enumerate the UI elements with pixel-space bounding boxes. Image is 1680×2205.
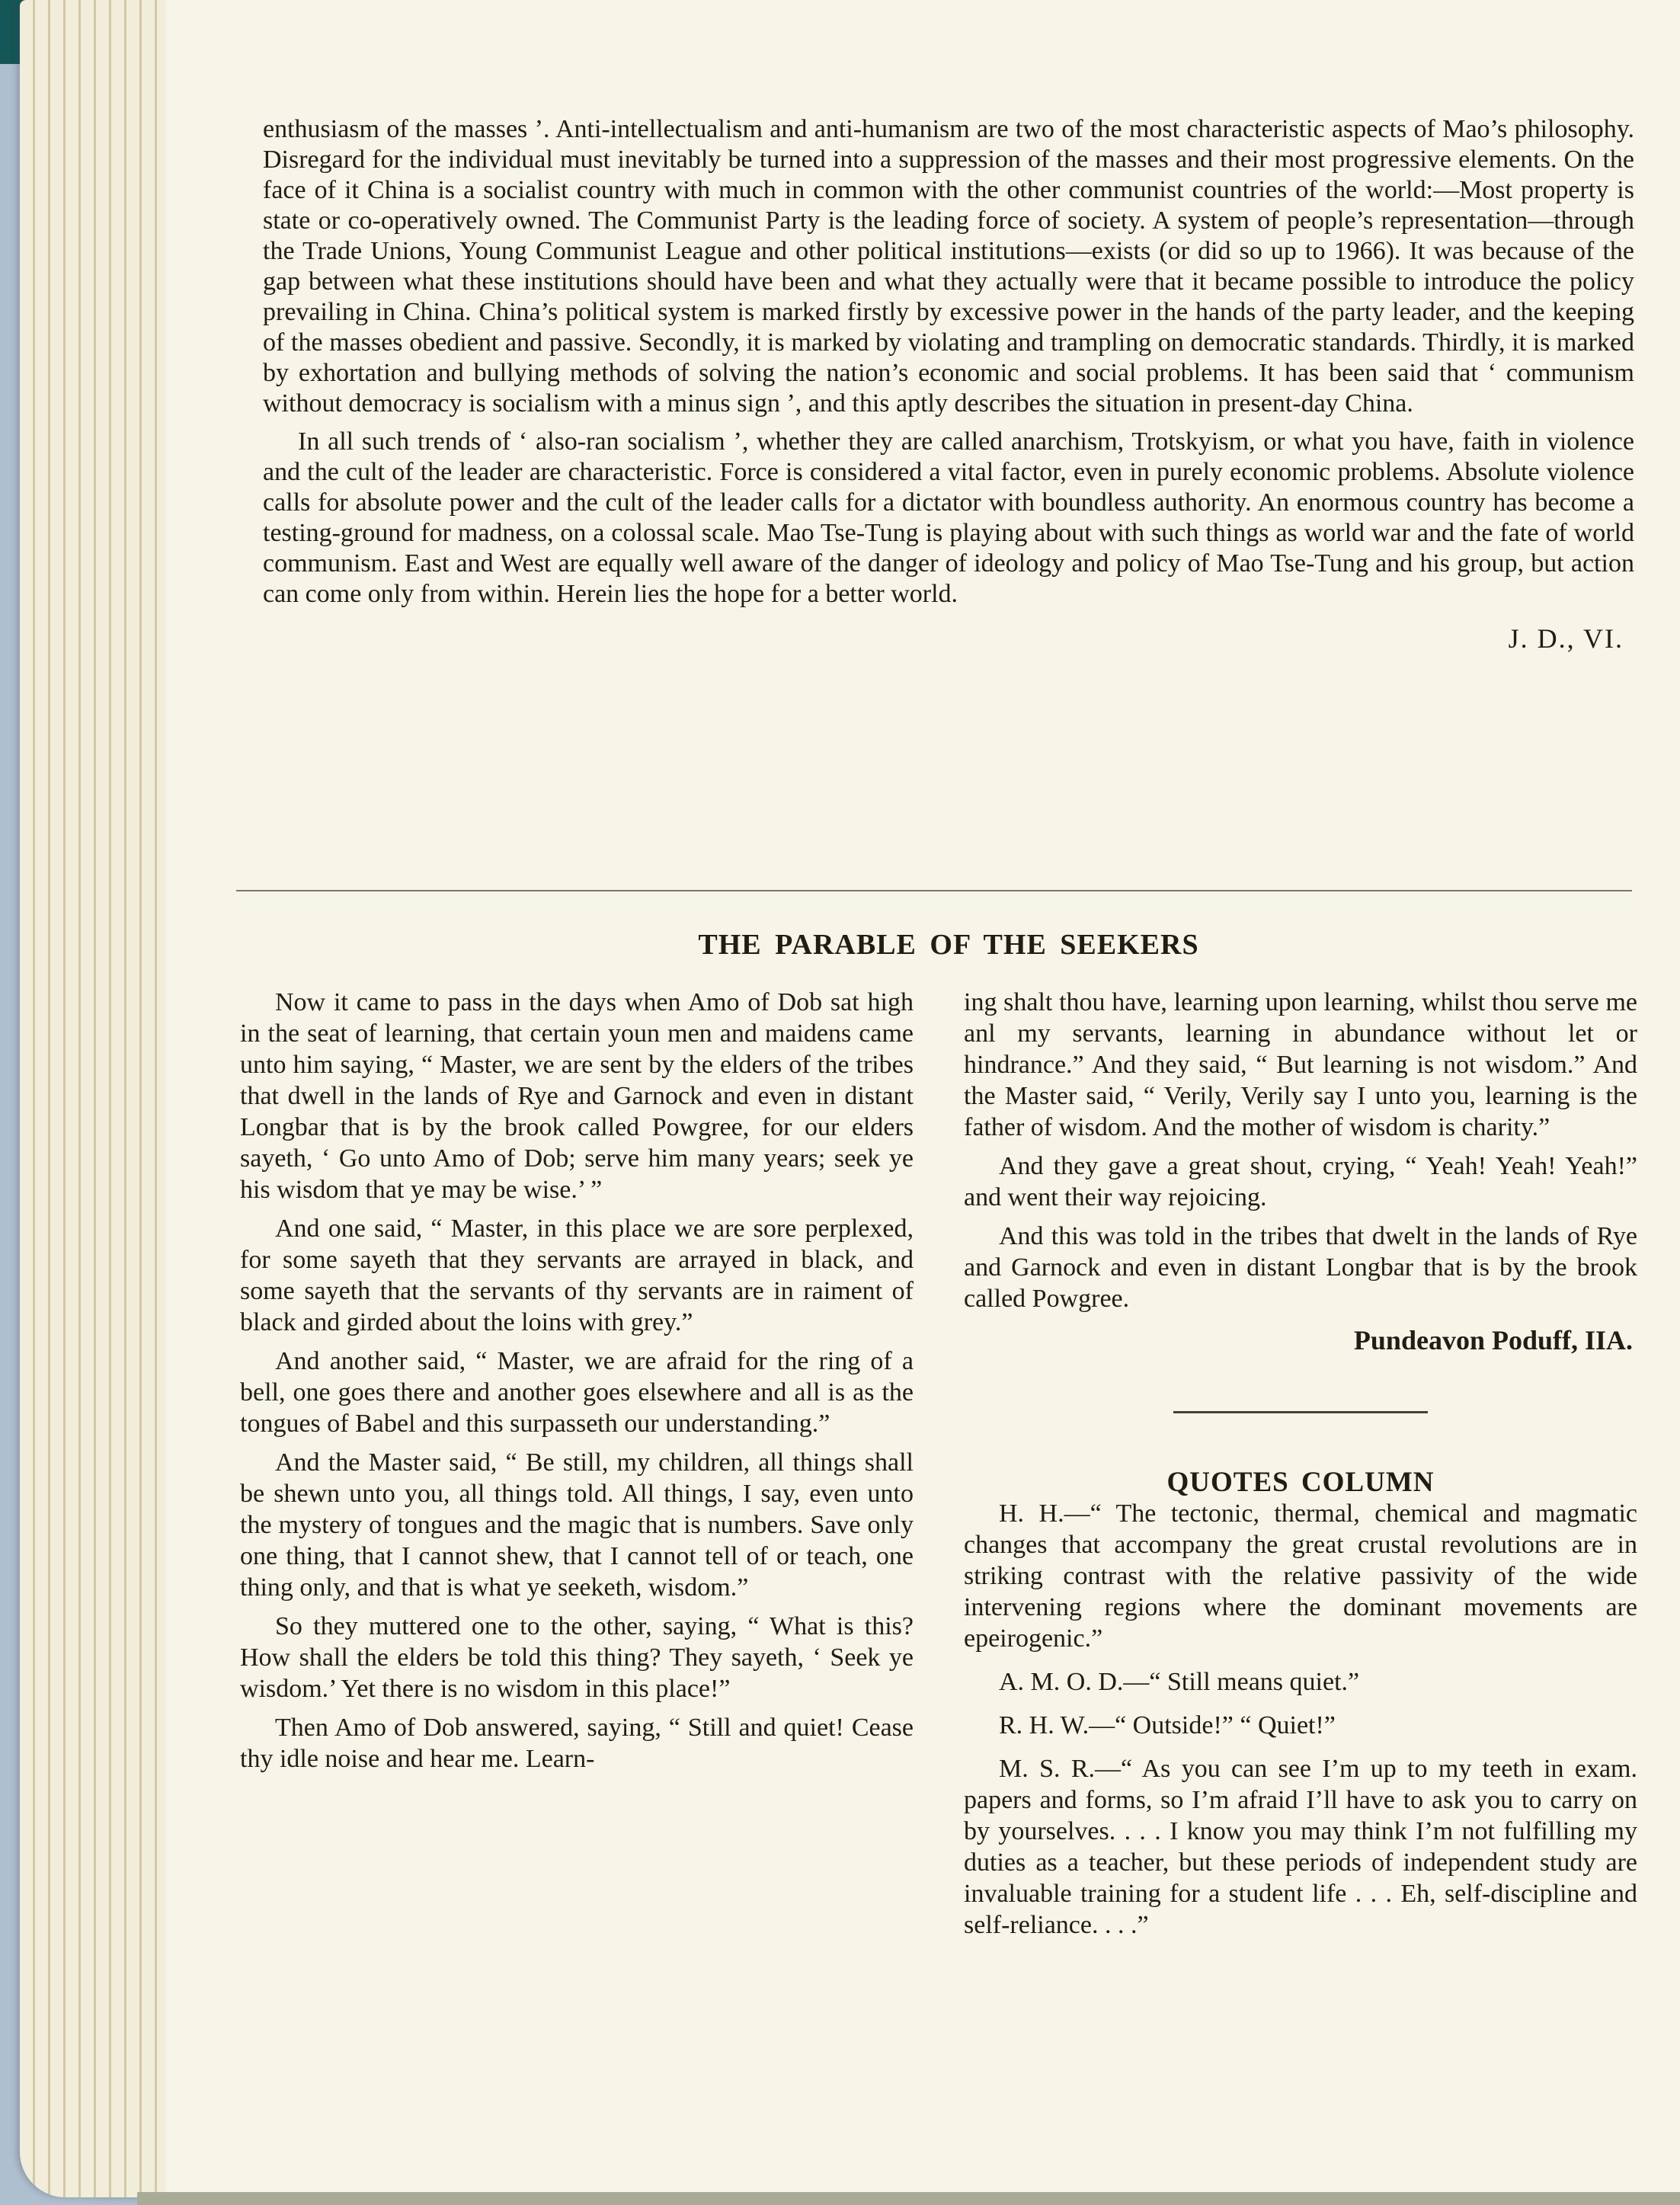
section-divider-rule (236, 890, 1632, 891)
parable-signature: Pundeavon Poduff, IIA. (964, 1325, 1637, 1356)
quotes-divider-rule (1173, 1411, 1428, 1413)
article-paragraph: In all such trends of ‘ also-ran sociali… (263, 427, 1634, 610)
quote-item: R. H. W.—“ Outside!” “ Quiet!” (964, 1710, 1637, 1741)
parable-paragraph: And they gave a great shout, crying, “ Y… (964, 1151, 1637, 1213)
parable-paragraph: And this was told in the tribes that dwe… (964, 1221, 1637, 1314)
article-signature: J. D., VI. (263, 623, 1634, 654)
parable-paragraph: ing shalt thou have, learning upon learn… (964, 987, 1637, 1143)
parable-title: THE PARABLE OF THE SEEKERS (263, 928, 1634, 962)
parable-paragraph: And one said, “ Master, in this place we… (240, 1213, 914, 1338)
quote-item: M. S. R.—“ As you can see I’m up to my t… (964, 1753, 1637, 1941)
parable-paragraph: Now it came to pass in the days when Amo… (240, 987, 914, 1205)
quotes-title: QUOTES COLUMN (964, 1467, 1637, 1498)
parable-left-column: Now it came to pass in the days when Amo… (240, 987, 914, 1941)
article-paragraph: enthusiasm of the masses ’. Anti-intelle… (263, 114, 1634, 419)
parable-paragraph: And the Master said, “ Be still, my chil… (240, 1447, 914, 1603)
parable-paragraph: So they muttered one to the other, sayin… (240, 1611, 914, 1704)
magazine-page: enthusiasm of the masses ’. Anti-intelle… (72, 0, 1680, 2193)
parable-columns: Now it came to pass in the days when Amo… (240, 987, 1637, 1941)
quote-item: H. H.—“ The tectonic, thermal, chemical … (964, 1498, 1637, 1654)
parable-right-column: ing shalt thou have, learning upon learn… (964, 987, 1637, 1941)
page-edges (20, 0, 165, 2197)
parable-paragraph: And another said, “ Master, we are afrai… (240, 1346, 914, 1439)
parable-paragraph: Then Amo of Dob answered, saying, “ Stil… (240, 1712, 914, 1775)
quote-item: A. M. O. D.—“ Still means quiet.” (964, 1666, 1637, 1698)
article-mao-conclusion: enthusiasm of the masses ’. Anti-intelle… (263, 114, 1634, 654)
table-edge (137, 2192, 1680, 2205)
